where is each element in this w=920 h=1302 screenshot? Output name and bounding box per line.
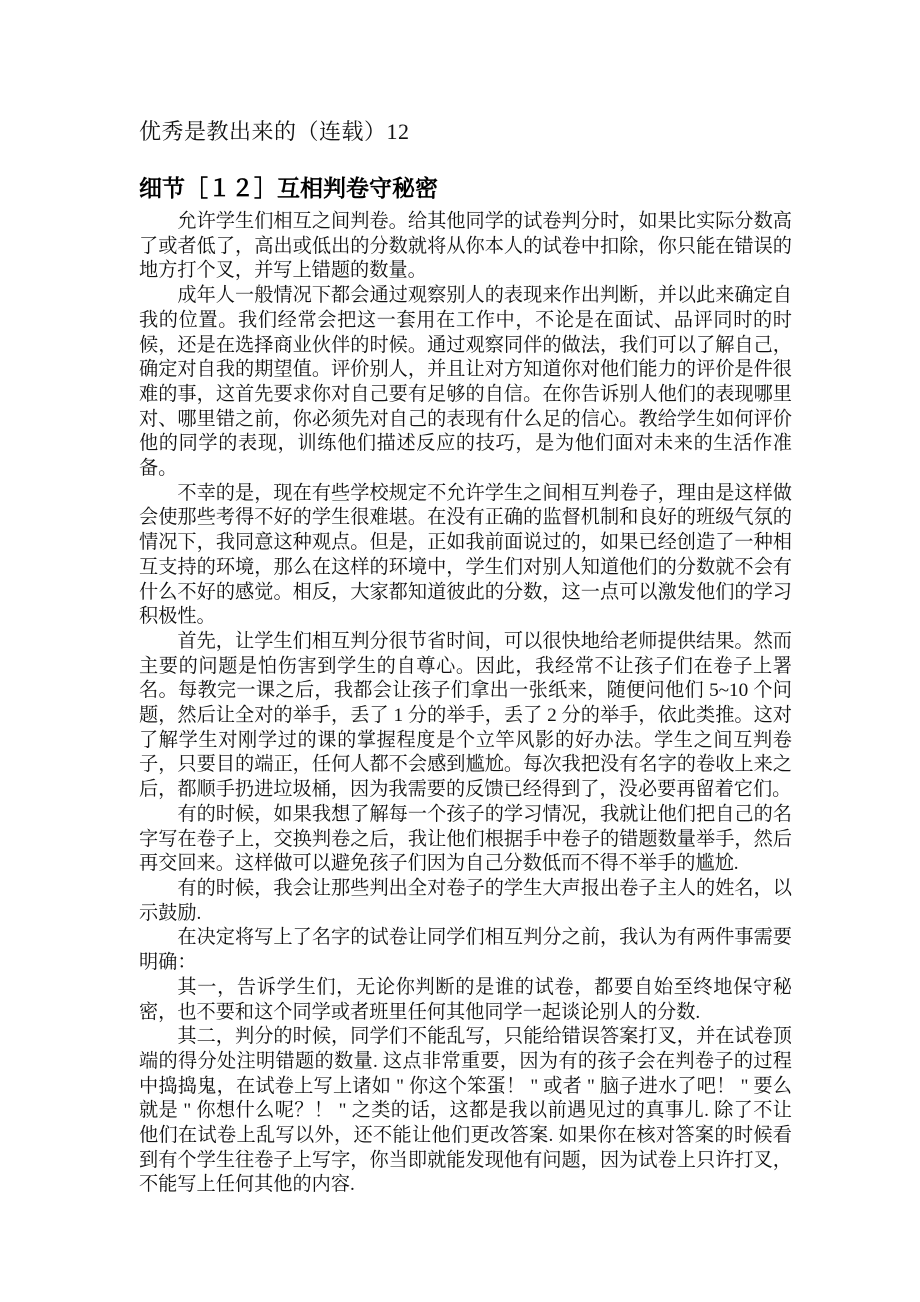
body-paragraph: 其一，告诉学生们，无论你判断的是谁的试卷，都要自始至终地保守秘密，也不要和这个同… <box>139 976 792 1025</box>
document-title: 优秀是教出来的（连载）12 <box>139 118 792 146</box>
body-paragraph: 有的时候，我会让那些判出全对卷子的学生大声报出卷子主人的姓名，以示鼓励. <box>139 877 792 926</box>
document-page: 优秀是教出来的（连载）12 细节［１２］互相判卷守秘密 允许学生们相互之间判卷。… <box>0 0 920 1302</box>
section-heading: 细节［１２］互相判卷守秘密 <box>139 174 792 202</box>
body-paragraph: 有的时候，如果我想了解每一个孩子的学习情况，我就让他们把自己的名字写在卷子上，交… <box>139 803 792 877</box>
body-paragraph: 其二，判分的时候，同学们不能乱写，只能给错误答案打叉，并在试卷顶端的得分处注明错… <box>139 1025 792 1198</box>
body-paragraph: 在决定将写上了名字的试卷让同学们相互判分之前，我认为有两件事需要明确： <box>139 926 792 975</box>
body-paragraph: 不幸的是，现在有些学校规定不允许学生之间相互判卷子，理由是这样做会使那些考得不好… <box>139 482 792 630</box>
body-paragraph: 首先，让学生们相互判分很节省时间，可以很快地给老师提供结果。然而主要的问题是怕伤… <box>139 630 792 803</box>
body-paragraph: 成年人一般情况下都会通过观察别人的表现来作出判断，并以此来确定自我的位置。我们经… <box>139 284 792 482</box>
document-body: 允许学生们相互之间判卷。给其他同学的试卷判分时，如果比实际分数高了或者低了，高出… <box>139 210 792 1198</box>
body-paragraph: 允许学生们相互之间判卷。给其他同学的试卷判分时，如果比实际分数高了或者低了，高出… <box>139 210 792 284</box>
